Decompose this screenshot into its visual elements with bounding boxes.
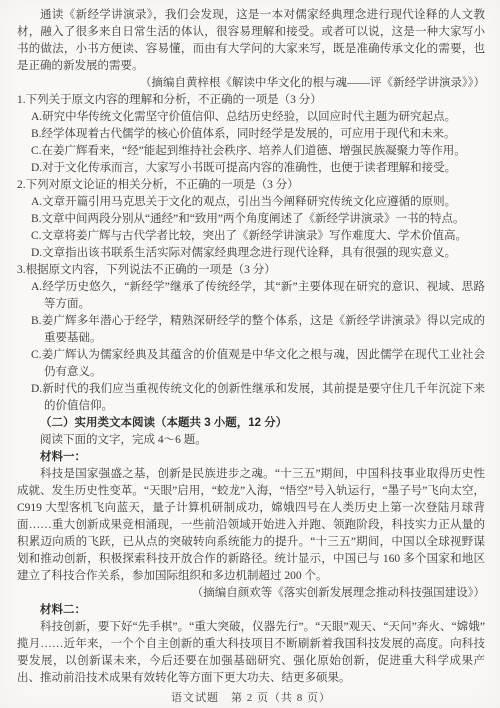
opening-paragraph: 通读《新经学讲演录》，我们会发现，这是一本对儒家经典理念进行现代诠释的人文教材，… <box>17 7 485 75</box>
page-footer: 语文试题 第 2 页（共 8 页） <box>17 690 485 707</box>
question-2-option-c: C.文章将姜广辉与古代学者比较，突出了《新经学讲演录》写作难度大、学术价值高。 <box>17 228 485 245</box>
question-3-option-c: C.姜广辉认为儒家经典及其蕴含的价值观是中华文化之根与魂，因此儒学在现代工业社会… <box>17 347 485 381</box>
question-2-option-d: D.文章指出该书联系生活实际对儒家经典理念进行现代诠释，具有很强的现实意义。 <box>17 245 485 262</box>
question-1-option-d: D.对于文化传承而言，大家写小书既可提高内容的准确性，也便于读者理解和接受。 <box>17 160 485 177</box>
question-3-option-d: D.新时代的我们应当重视传统文化的创新性继承和发展，其前提是要守住几千年沉淀下来… <box>17 381 485 415</box>
material-1-paragraph: 科技是国家强盛之基，创新是民族进步之魂。“十三五”期间，中国科技事业取得历史性成… <box>17 466 485 585</box>
question-3-option-b: B.姜广辉多年潜心于经学，精熟深研经学的整个体系，这是《新经学讲演录》得以完成的… <box>17 313 485 347</box>
opening-attribution: （摘编自黄梓根《解读中华文化的根与魂——评《新经学讲演录》》） <box>17 75 485 92</box>
question-1-option-a: A.研究中华传统文化需坚守价值信仰、总结历史经验，以回应时代主题为研究起点。 <box>17 109 485 126</box>
question-3-stem: 3.根据原文内容，下列说法不正确的一项是（3 分） <box>17 262 485 279</box>
material-2-paragraph: 科技创新，要下好“先手棋”。“重大突破，仪器先行”。“天眼”观天、“天问”奔火、… <box>17 619 485 687</box>
question-2-stem: 2.下列对原文论证的相关分析，不正确的一项是（3 分） <box>17 177 485 194</box>
material-2: 材料二： 科技创新，要下好“先手棋”。“重大突破，仪器先行”。“天眼”观天、“天… <box>17 602 485 687</box>
question-2-option-b: B.文章中间两段分别从“通经”和“致用”两个角度阐述了《新经学讲演录》一书的特点… <box>17 211 485 228</box>
question-1-option-c: C.在姜广辉看来，“经”能起到维持社会秩序、培养人们道德、增强民族凝聚力等作用。 <box>17 143 485 160</box>
material-1-attribution: （摘编自颜欢等《落实创新发展理念推动科技强国建设》） <box>17 585 485 602</box>
material-2-label: 材料二： <box>17 602 485 619</box>
exam-paper-page: 通读《新经学讲演录》，我们会发现，这是一本对儒家经典理念进行现代诠释的人文教材，… <box>0 0 500 708</box>
question-2-option-a: A.文章开篇引用马克思关于文化的观点，引出当今阐释研究传统文化应遵循的原则。 <box>17 194 485 211</box>
question-1: 1.下列关于原文内容的理解和分析，不正确的一项是（3 分） A.研究中华传统文化… <box>17 92 485 177</box>
material-1: 材料一： 科技是国家强盛之基，创新是民族进步之魂。“十三五”期间，中国科技事业取… <box>17 449 485 602</box>
section-2-instruction: 阅读下面的文字，完成 4～6 题。 <box>17 432 485 449</box>
question-2: 2.下列对原文论证的相关分析，不正确的一项是（3 分） A.文章开篇引用马克思关… <box>17 177 485 262</box>
question-1-stem: 1.下列关于原文内容的理解和分析，不正确的一项是（3 分） <box>17 92 485 109</box>
question-1-option-b: B.经学体现着古代儒学的核心价值体系，同时经学是发展的，可应用于现代和未来。 <box>17 126 485 143</box>
section-2-heading: （二）实用类文本阅读（本题共 3 小题，12 分） <box>17 415 485 432</box>
question-3: 3.根据原文内容，下列说法不正确的一项是（3 分） A.经学历史悠久，“新经学”… <box>17 262 485 415</box>
material-1-label: 材料一： <box>17 449 485 466</box>
question-3-option-a: A.经学历史悠久，“新经学”继承了传统经学，其“新”主要体现在研究的意识、视域、… <box>17 279 485 313</box>
